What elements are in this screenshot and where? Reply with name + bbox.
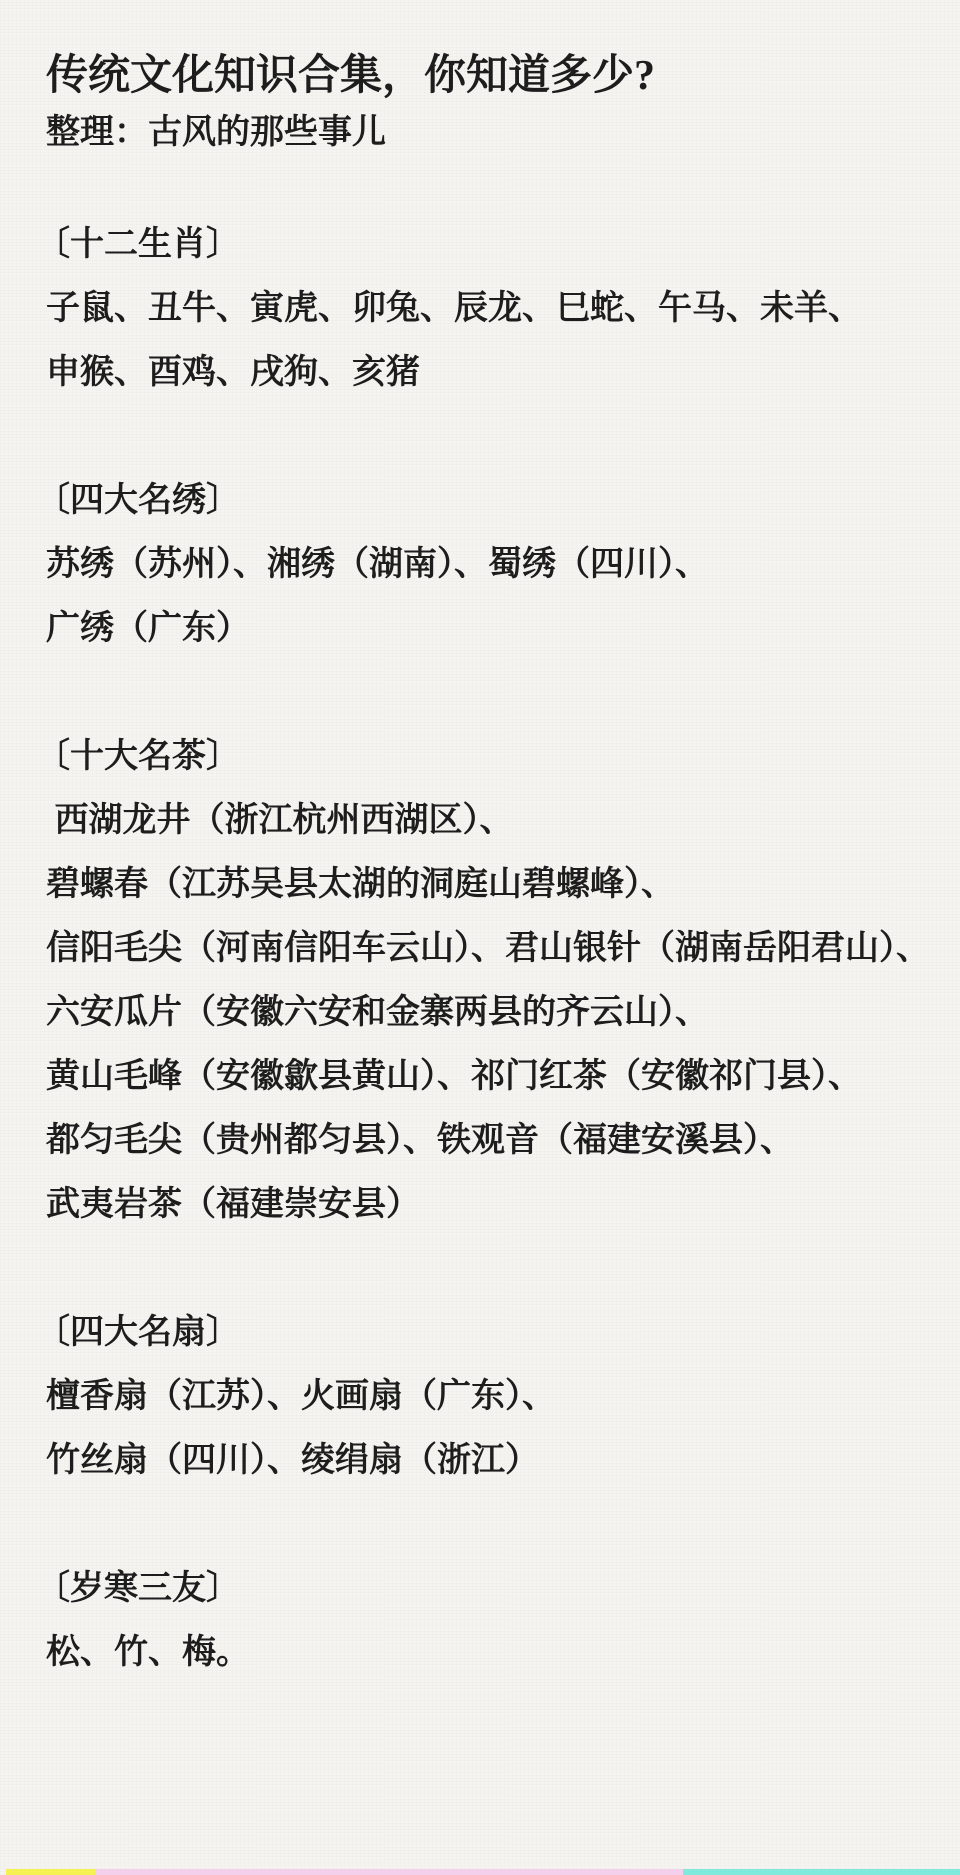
section-header: 〔四大名绣〕 — [36, 469, 948, 533]
section-header: 〔十大名茶〕 — [36, 725, 948, 789]
section-embroideries: 〔四大名绣〕 苏绣（苏州）、湘绣（湖南）、蜀绣（四川）、 广绣（广东） — [46, 469, 948, 661]
text-line: 都匀毛尖（贵州都匀县）、铁观音（福建安溪县）、 — [46, 1109, 948, 1173]
text-line: 西湖龙井（浙江杭州西湖区）、 — [46, 789, 948, 853]
text-line: 黄山毛峰（安徽歙县黄山）、祁门红茶（安徽祁门县）、 — [46, 1045, 948, 1109]
text-line: 松、竹、梅。 — [46, 1621, 948, 1685]
text-line: 碧螺春（江苏吴县太湖的洞庭山碧螺峰）、 — [46, 853, 948, 917]
strip-segment-cyan — [683, 1869, 960, 1875]
text-line: 广绣（广东） — [46, 597, 948, 661]
section-header: 〔四大名扇〕 — [36, 1301, 948, 1365]
text-line: 苏绣（苏州）、湘绣（湖南）、蜀绣（四川）、 — [46, 533, 948, 597]
page-title: 传统文化知识合集，你知道多少? — [46, 48, 948, 104]
text-line: 竹丝扇（四川）、绫绢扇（浙江） — [46, 1429, 948, 1493]
section-winter-friends: 〔岁寒三友〕 松、竹、梅。 — [46, 1557, 948, 1685]
text-line: 信阳毛尖（河南信阳车云山）、君山银针（湖南岳阳君山）、 — [46, 917, 948, 981]
text-line: 武夷岩茶（福建崇安县） — [46, 1173, 948, 1237]
strip-segment-yellow — [6, 1869, 95, 1875]
strip-segment-pink — [95, 1869, 683, 1875]
section-zodiac: 〔十二生肖〕 子鼠、丑牛、寅虎、卯兔、辰龙、巳蛇、午马、未羊、 申猴、酉鸡、戌狗… — [46, 213, 948, 405]
text-line: 檀香扇（江苏）、火画扇（广东）、 — [46, 1365, 948, 1429]
document-page: 传统文化知识合集，你知道多少? 整理：古风的那些事儿 〔十二生肖〕 子鼠、丑牛、… — [0, 0, 960, 1685]
section-fans: 〔四大名扇〕 檀香扇（江苏）、火画扇（广东）、 竹丝扇（四川）、绫绢扇（浙江） — [46, 1301, 948, 1493]
text-line: 申猴、酉鸡、戌狗、亥猪 — [46, 341, 948, 405]
text-line: 子鼠、丑牛、寅虎、卯兔、辰龙、巳蛇、午马、未羊、 — [46, 277, 948, 341]
footer-color-strip — [0, 1869, 960, 1875]
text-line: 六安瓜片（安徽六安和金寨两县的齐云山）、 — [46, 981, 948, 1045]
section-header: 〔岁寒三友〕 — [36, 1557, 948, 1621]
document-content: 〔十二生肖〕 子鼠、丑牛、寅虎、卯兔、辰龙、巳蛇、午马、未羊、 申猴、酉鸡、戌狗… — [46, 213, 948, 1685]
section-teas: 〔十大名茶〕 西湖龙井（浙江杭州西湖区）、 碧螺春（江苏吴县太湖的洞庭山碧螺峰）… — [46, 725, 948, 1237]
page-subtitle: 整理：古风的那些事儿 — [46, 104, 948, 162]
section-header: 〔十二生肖〕 — [36, 213, 948, 277]
